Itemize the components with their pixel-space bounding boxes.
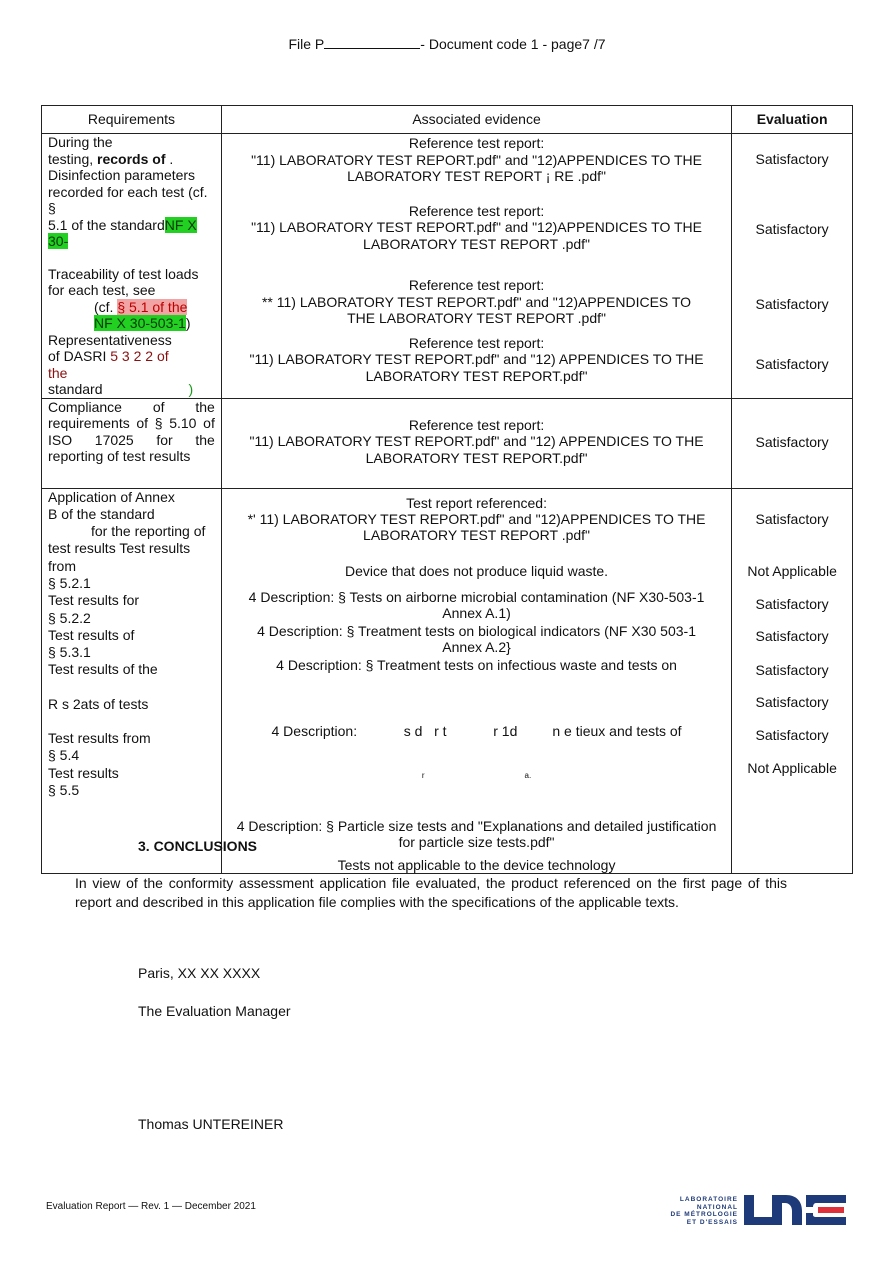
req-text: R s 2ats of tests xyxy=(48,696,215,713)
req-text: B of the standard xyxy=(48,506,215,523)
signature-role: The Evaluation Manager xyxy=(138,1003,291,1019)
evidence-block: Reference test report: "11) LABORATORY T… xyxy=(228,134,725,185)
evaluation-cell: Satisfactory xyxy=(732,398,853,488)
req-text: During the xyxy=(48,134,215,151)
req-text: the xyxy=(48,365,215,382)
highlight-standard: NF X 30-503-1 xyxy=(94,315,186,331)
req-text: for the reporting of xyxy=(48,523,215,540)
req-text: Representativeness xyxy=(48,332,215,349)
signature-place-date: Paris, XX XX XXXX xyxy=(138,965,260,981)
evidence-block: Reference test report: "11) LABORATORY T… xyxy=(228,185,725,253)
evidence-block: Reference test report: ** 11) LABORATORY… xyxy=(228,252,725,327)
requirement-cell: Application of Annex B of the standard f… xyxy=(42,488,222,873)
evidence-block: Test report referenced: *' 11) LABORATOR… xyxy=(228,489,725,543)
evaluation-value: Satisfactory xyxy=(732,168,852,238)
header-requirements: Requirements xyxy=(42,106,222,134)
evaluation-value: Satisfactory xyxy=(732,678,852,711)
header-evidence: Associated evidence xyxy=(221,106,731,134)
logo-text: LABORATOIRE NATIONAL DE MÉTROLOGIE ET D'… xyxy=(660,1196,738,1226)
evaluation-value: Satisfactory xyxy=(732,237,852,313)
evaluation-value: Not Applicable xyxy=(732,527,852,580)
req-text: (cf. § 5.1 of the xyxy=(48,299,215,316)
footer-revision: Evaluation Report — Rev. 1 — December 20… xyxy=(46,1201,256,1212)
lne-logo: LABORATOIRE NATIONAL DE MÉTROLOGIE ET D'… xyxy=(660,1190,850,1230)
evidence-block: 4 Description: § Treatment tests on biol… xyxy=(228,621,725,655)
table-row: Application of Annex B of the standard f… xyxy=(42,488,853,873)
lne-mark-icon xyxy=(742,1193,848,1227)
evidence-cell: Reference test report: "11) LABORATORY T… xyxy=(221,134,731,399)
req-text: Test results from xyxy=(48,730,215,747)
req-text: NF X 30-503-1) xyxy=(48,315,215,332)
req-text: of DASRI 5 3 2 2 of xyxy=(48,348,215,365)
evaluation-cell: Satisfactory Not Applicable Satisfactory… xyxy=(732,488,853,873)
req-text: § 5.2.1 xyxy=(48,575,215,592)
req-text: Test results for xyxy=(48,592,215,609)
file-number-blank xyxy=(324,36,420,49)
req-text: Test results of the xyxy=(48,661,215,678)
evidence-block: 4 Description: s d r t r 1d n e tieux an… xyxy=(228,673,725,813)
req-text: Traceability of test loads xyxy=(48,266,215,283)
evidence-block: Device that does not produce liquid wast… xyxy=(228,543,725,579)
evaluation-value: Satisfactory xyxy=(732,612,852,645)
evaluation-value: Satisfactory xyxy=(732,645,852,679)
page-header: File P- Document code 1 - page7 /7 xyxy=(0,36,894,52)
req-text: Application of Annex xyxy=(48,489,215,506)
req-text: Test results of xyxy=(48,627,215,644)
evidence-cell: Test report referenced: *' 11) LABORATOR… xyxy=(221,488,731,873)
highlight-section: § 5.1 of the xyxy=(117,299,187,315)
req-text: from xyxy=(48,558,215,575)
req-text: for each test, see xyxy=(48,282,215,299)
file-prefix: File P xyxy=(288,36,324,52)
evidence-block: 4 Description: § Tests on airborne micro… xyxy=(228,579,725,621)
req-text: Test results xyxy=(48,765,215,782)
req-text: test results Test results xyxy=(48,540,215,557)
table-header-row: Requirements Associated evidence Evaluat… xyxy=(42,106,853,134)
evidence-cell: Reference test report: "11) LABORATORY T… xyxy=(221,398,731,488)
table-row: Compliance of the requirements of § 5.10… xyxy=(42,398,853,488)
evaluation-value: Satisfactory xyxy=(732,313,852,373)
conclusions-heading: 3. CONCLUSIONS xyxy=(138,838,257,854)
evidence-block: 4 Description: § Treatment tests on infe… xyxy=(228,655,725,673)
req-text: testing, records of . xyxy=(48,151,215,168)
requirements-table: Requirements Associated evidence Evaluat… xyxy=(41,105,853,874)
req-text: § 5.5 xyxy=(48,782,215,799)
req-text: § 5.2.2 xyxy=(48,610,215,627)
evaluation-cell: Satisfactory Satisfactory Satisfactory S… xyxy=(732,134,853,399)
signature-name: Thomas UNTEREINER xyxy=(138,1116,283,1132)
evidence-block: Reference test report: "11) LABORATORY T… xyxy=(228,399,725,467)
evaluation-value: Satisfactory xyxy=(732,489,852,528)
evidence-block: Tests not applicable to the device techn… xyxy=(228,850,725,873)
req-text: recorded for each test (cf. § xyxy=(48,184,215,217)
req-text: standard) xyxy=(48,381,215,398)
req-text: Disinfection parameters xyxy=(48,167,215,184)
header-evaluation: Evaluation xyxy=(732,106,853,134)
evidence-block: Reference test report: "11) LABORATORY T… xyxy=(228,327,725,385)
document-code: - Document code 1 - page7 /7 xyxy=(420,36,605,52)
req-text: § 5.3.1 xyxy=(48,644,215,661)
table-row: During the testing, records of . Disinfe… xyxy=(42,134,853,399)
req-text: Compliance of the requirements of § 5.10… xyxy=(48,399,215,465)
evaluation-value: Not Applicable xyxy=(732,743,852,777)
requirement-cell: During the testing, records of . Disinfe… xyxy=(42,134,222,399)
evaluation-value: Satisfactory xyxy=(732,399,852,451)
req-text: 5.1 of the standardNF X 30- xyxy=(48,217,215,250)
evaluation-value: Satisfactory xyxy=(732,580,852,613)
evaluation-value: Satisfactory xyxy=(732,711,852,744)
evidence-block: 4 Description: § Particle size tests and… xyxy=(228,813,725,850)
evaluation-value: Satisfactory xyxy=(732,134,852,168)
conclusions-body: In view of the conformity assessment app… xyxy=(75,874,787,912)
requirement-cell: Compliance of the requirements of § 5.10… xyxy=(42,398,222,488)
req-text: § 5.4 xyxy=(48,747,215,764)
